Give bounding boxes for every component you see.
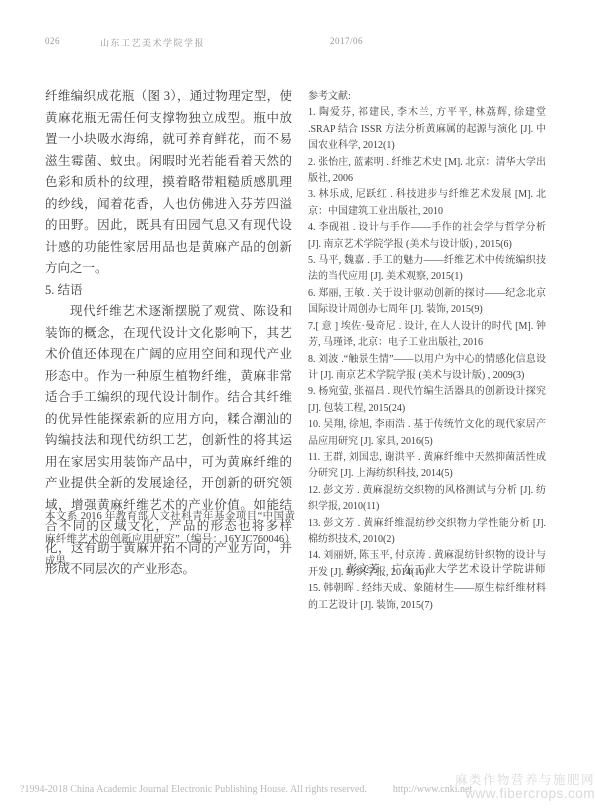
reference-item: 12. 彭文芳 . 黄麻混纺交织物的风格测试与分析 [J]. 纺织学报, 201…: [308, 483, 546, 516]
reference-item: 3. 林乐成, 尼跃红 . 科技进步与纤维艺术发展 [M]. 北京：中国建筑工业…: [308, 187, 546, 220]
reference-item: 10. 吴翔, 徐旭, 李雨浩 . 基于传统竹文化的现代家居产品应用研究 [J]…: [308, 417, 546, 450]
reference-item: 2. 张怡庄, 蓝素明 . 纤维艺术史 [M]. 北京：清华大学出版社, 200…: [308, 155, 546, 188]
section-heading-conclusion: 5. 结语: [45, 280, 292, 302]
reference-item: 9. 杨宛萤, 张福昌 . 现代竹编生活器具的创新设计探究 [J]. 包装工程,…: [308, 384, 546, 417]
funding-footnote: 本文系 2016 年教育部人文社科青年基金项目“中国黄麻纤维艺术的创新应用研究”…: [45, 506, 295, 574]
reference-item: 8. 刘波 .“触景生情”——以用户为中心的情感化信息设计 [J]. 南京艺术学…: [308, 352, 546, 385]
watermark: 麻类作物营养与施肥网 www.fibercrops.com: [355, 774, 595, 800]
reference-item: 13. 彭文芳 . 黄麻纤维混纺纱交织物力学性能分析 [J]. 棉纺织技术, 2…: [308, 516, 546, 549]
journal-page: 026 山东工艺美术学院学报 2017/06 纤维编织成花瓶（图 3），通过物理…: [0, 0, 595, 808]
reference-item: 11. 王群, 刘国忠, 谢洪平 . 黄麻纤维中天然抑菌活性成分研究 [J]. …: [308, 450, 546, 483]
watermark-site-url: www.fibercrops.com: [355, 787, 595, 800]
journal-title: 山东工艺美术学院学报: [100, 36, 205, 49]
reference-item: 6. 郑丽, 王敏 . 关于设计驱动创新的探讨——纪念北京国际设计周创办七周年 …: [308, 286, 546, 319]
reference-item: 5. 马平, 魏嘉 . 手工的魅力——纤维艺术中传统编织技法的当代应用 [J].…: [308, 253, 546, 286]
author-affiliation: 广东工业大学艺术设计学院讲师: [392, 564, 546, 575]
author-byline: 彭文芳广东工业大学艺术设计学院讲师: [308, 561, 546, 576]
reference-item: 1. 陶爱芬, 祁建民, 李木兰, 方平平, 林荔辉, 徐建堂 .SRAP 结合…: [308, 105, 546, 154]
reference-list: 1. 陶爱芬, 祁建民, 李木兰, 方平平, 林荔辉, 徐建堂 .SRAP 结合…: [308, 105, 546, 614]
page-number: 026: [45, 36, 60, 46]
issue-date: 2017/06: [330, 36, 363, 46]
reference-item: 7.[ 意 ] 埃佐·曼奇尼 . 设计, 在人人设计的时代 [M]. 钟芳, 马…: [308, 319, 546, 352]
copyright-text: ?1994-2018 China Academic Journal Electr…: [20, 784, 367, 795]
author-name: 彭文芳: [347, 564, 380, 575]
right-column-references: 参考文献: 1. 陶爱芬, 祁建民, 李木兰, 方平平, 林荔辉, 徐建堂 .S…: [308, 89, 546, 614]
references-heading: 参考文献:: [308, 89, 546, 105]
reference-item: 15. 韩朝晖 . 经纬天成、象随材生——原生棕纤维材料的工艺设计 [J]. 装…: [308, 581, 546, 614]
reference-item: 4. 李砚祖 . 设计与手作——手作的社会学与哲学分析 [J]. 南京艺术学院学…: [308, 220, 546, 253]
body-paragraph: 纤维编织成花瓶（图 3），通过物理定型，使黄麻花瓶无需任何支撑物独立成型。瓶中放…: [45, 86, 292, 280]
